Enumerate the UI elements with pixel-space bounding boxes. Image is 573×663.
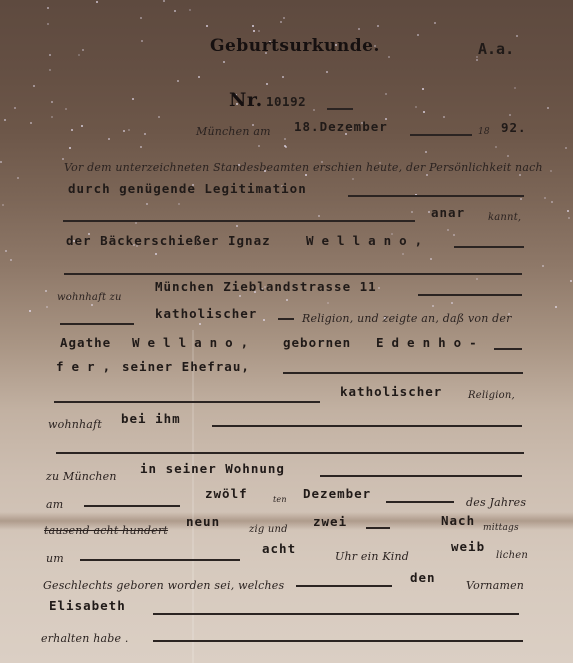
dust-speck — [141, 40, 143, 42]
dust-speck — [544, 197, 546, 199]
intro-text: Vor dem unterzeichneten Standesbeamten e… — [64, 161, 543, 174]
um-label: um — [46, 552, 64, 565]
dust-speck — [305, 174, 307, 176]
blank-line — [153, 613, 519, 615]
blank-line — [64, 273, 522, 275]
blank-line — [63, 220, 415, 222]
dust-speck — [140, 146, 142, 148]
religion-text-2: Religion, — [468, 390, 515, 401]
dust-speck — [451, 302, 453, 304]
dust-speck — [178, 203, 180, 205]
dust-speck — [542, 265, 544, 267]
dust-speck — [252, 25, 254, 27]
father-name: der Bäckerschießer Ignaz — [66, 233, 271, 248]
time-of-day-value: Nach — [441, 513, 475, 528]
time-of-day-suffix: mittags — [483, 523, 519, 533]
dust-speck — [206, 25, 208, 27]
dust-speck — [108, 138, 110, 140]
dust-speck — [140, 17, 142, 19]
religion-value-2: katholischer — [340, 384, 442, 399]
blank-line — [153, 640, 523, 642]
dust-speck — [377, 25, 379, 27]
blank-line — [348, 195, 524, 197]
dust-speck — [411, 211, 413, 213]
mother-relation: seiner Ehefrau, — [122, 359, 250, 374]
mother-residence-label: wohnhaft — [48, 418, 102, 431]
dust-speck — [509, 114, 511, 116]
dust-speck — [239, 295, 241, 297]
dust-speck — [432, 305, 434, 307]
dust-speck — [378, 287, 380, 289]
year-value: 92. — [501, 120, 527, 135]
certificate-number: 10192 — [266, 94, 306, 109]
blank-line — [80, 559, 240, 561]
sex-value: weib — [451, 539, 485, 554]
dust-speck — [198, 76, 200, 78]
dust-speck — [146, 203, 148, 205]
blank-line — [283, 372, 523, 374]
dust-speck — [443, 116, 445, 118]
unit-value: zwei — [313, 514, 347, 529]
dust-speck — [199, 323, 201, 325]
dust-speck — [253, 30, 255, 32]
dust-speck — [415, 106, 417, 108]
dust-speck — [280, 21, 282, 23]
mother-residence-value: bei ihm — [121, 411, 181, 426]
dust-speck — [318, 215, 320, 217]
dust-speck — [417, 34, 419, 36]
dust-speck — [30, 122, 32, 124]
dust-speck — [388, 56, 390, 58]
dust-speck — [223, 61, 225, 63]
religion-text-1: Religion, und zeigte an, daß von der — [302, 312, 512, 325]
hour-value: acht — [262, 541, 296, 556]
dust-speck — [258, 30, 260, 32]
dust-speck — [520, 198, 522, 200]
dust-speck — [547, 107, 549, 109]
dust-speck — [51, 116, 53, 118]
day-suffix: ten — [273, 495, 287, 504]
dust-speck — [402, 253, 404, 255]
dust-speck — [236, 225, 238, 227]
dust-speck — [570, 280, 572, 282]
dust-speck — [476, 59, 478, 61]
number-label: Nr. — [229, 89, 263, 111]
dust-speck — [0, 161, 2, 163]
dust-speck — [51, 101, 53, 103]
dust-speck — [163, 0, 165, 2]
year-label: des Jahres — [466, 496, 526, 509]
day-value: zwölf — [205, 486, 248, 501]
dust-speck — [327, 302, 329, 304]
mother-maiden-name-part2: fer, — [56, 359, 118, 374]
dust-speck — [49, 54, 51, 56]
dust-speck — [313, 109, 315, 111]
dust-speck — [425, 151, 427, 153]
dust-speck — [45, 290, 47, 292]
dust-speck — [434, 22, 436, 24]
dust-speck — [177, 80, 179, 82]
dust-speck — [2, 204, 4, 206]
blank-line — [320, 475, 522, 477]
dust-speck — [423, 111, 425, 113]
blank-line — [494, 348, 522, 350]
dust-speck — [284, 138, 286, 140]
dust-speck — [447, 229, 449, 231]
dust-speck — [14, 107, 16, 109]
year-prefix-text: tausend acht hundert — [44, 524, 168, 537]
recognized-value: anar — [431, 205, 465, 220]
blank-line — [84, 505, 180, 507]
residence-label: wohnhaft zu — [57, 292, 122, 303]
child-text: Uhr ein Kind — [335, 550, 409, 563]
name-label-suffix: Vornamen — [466, 579, 524, 592]
dust-speck — [516, 35, 518, 37]
place-date-label: München am — [196, 125, 271, 138]
dust-speck — [17, 177, 19, 179]
dust-speck — [514, 87, 516, 89]
dust-speck — [453, 234, 455, 236]
dust-speck — [33, 85, 35, 87]
dust-speck — [81, 125, 83, 127]
date-value: 18.Dezember — [294, 119, 388, 134]
dust-speck — [189, 9, 191, 11]
dust-speck — [65, 108, 67, 110]
dust-speck — [385, 93, 387, 95]
dust-speck — [10, 259, 12, 261]
dust-speck — [551, 201, 553, 203]
blank-line — [418, 294, 522, 296]
dust-speck — [144, 133, 146, 135]
dust-speck — [283, 17, 285, 19]
closing-text: erhalten habe . — [41, 632, 129, 645]
mother-born-label: gebornen — [283, 335, 351, 350]
dust-speck — [358, 28, 360, 30]
dust-speck — [495, 146, 497, 148]
dust-speck — [426, 174, 428, 176]
dust-speck — [155, 253, 157, 255]
dust-speck — [565, 147, 567, 149]
dust-speck — [91, 304, 93, 306]
dust-speck — [49, 69, 51, 71]
blank-line — [278, 318, 294, 320]
birthplace-label: zu München — [46, 470, 117, 483]
blank-line — [366, 527, 390, 529]
dust-speck — [326, 71, 328, 73]
dust-speck — [258, 145, 260, 147]
religion-value-1: katholischer — [155, 306, 257, 321]
blank-line — [212, 425, 522, 427]
dust-speck — [567, 210, 569, 212]
dust-speck — [555, 306, 557, 308]
decade-suffix: zig und — [249, 524, 288, 535]
dust-speck — [46, 306, 48, 308]
birthplace-value: in seiner Wohnung — [140, 461, 285, 476]
father-surname: Wellano, — [306, 233, 430, 248]
year-prefix: 18 — [478, 127, 490, 137]
recognized-suffix: kannt, — [488, 212, 521, 223]
form-code: A.a. — [478, 40, 514, 58]
dust-speck — [352, 178, 354, 180]
blank-line — [327, 108, 353, 110]
dust-speck — [263, 319, 265, 321]
dust-speck — [285, 146, 287, 148]
dust-speck — [507, 155, 509, 157]
dust-speck — [96, 1, 98, 3]
am-label: am — [46, 498, 63, 511]
dust-speck — [123, 130, 125, 132]
sex-suffix: lichen — [496, 550, 528, 561]
dust-speck — [29, 310, 31, 312]
blank-line — [386, 501, 454, 503]
document-title: Geburtsurkunde. — [210, 36, 380, 56]
dust-speck — [128, 129, 130, 131]
dust-speck — [550, 170, 552, 172]
month-value: Dezember — [303, 486, 371, 501]
blank-line — [410, 134, 472, 136]
dust-speck — [132, 98, 134, 100]
dust-speck — [5, 250, 7, 252]
dust-speck — [135, 222, 137, 224]
blank-line — [60, 323, 134, 325]
dust-speck — [174, 10, 176, 12]
name-label-value: den — [410, 570, 436, 585]
child-name: Elisabeth — [49, 598, 126, 613]
mother-maiden-name-part1: Edenho- — [376, 335, 485, 350]
decade-value: neun — [186, 514, 220, 529]
dust-speck — [4, 119, 6, 121]
mother-first-name: Agathe — [60, 335, 111, 350]
dust-speck — [476, 278, 478, 280]
blank-line — [454, 246, 524, 248]
blank-line — [296, 585, 392, 587]
dust-speck — [422, 88, 424, 90]
dust-speck — [158, 116, 160, 118]
mother-surname: Wellano, — [132, 335, 256, 350]
blank-line — [54, 401, 320, 403]
gender-text: Geschlechts geboren worden sei, welches — [43, 579, 284, 592]
dust-speck — [519, 174, 521, 176]
dust-speck — [428, 211, 430, 213]
residence-value: München Zieblandstrasse 11 — [155, 279, 377, 294]
dust-speck — [47, 7, 49, 9]
dust-speck — [430, 258, 432, 260]
dust-speck — [266, 83, 268, 85]
blank-line — [56, 452, 524, 454]
dust-speck — [82, 49, 84, 51]
identification-value: durch genügende Legitimation — [68, 181, 307, 196]
dust-speck — [47, 23, 49, 25]
dust-speck — [286, 299, 288, 301]
dust-speck — [62, 158, 64, 160]
dust-speck — [78, 54, 80, 56]
dust-speck — [568, 217, 570, 219]
dust-speck — [282, 76, 284, 78]
dust-speck — [69, 147, 71, 149]
dust-speck — [71, 129, 73, 131]
